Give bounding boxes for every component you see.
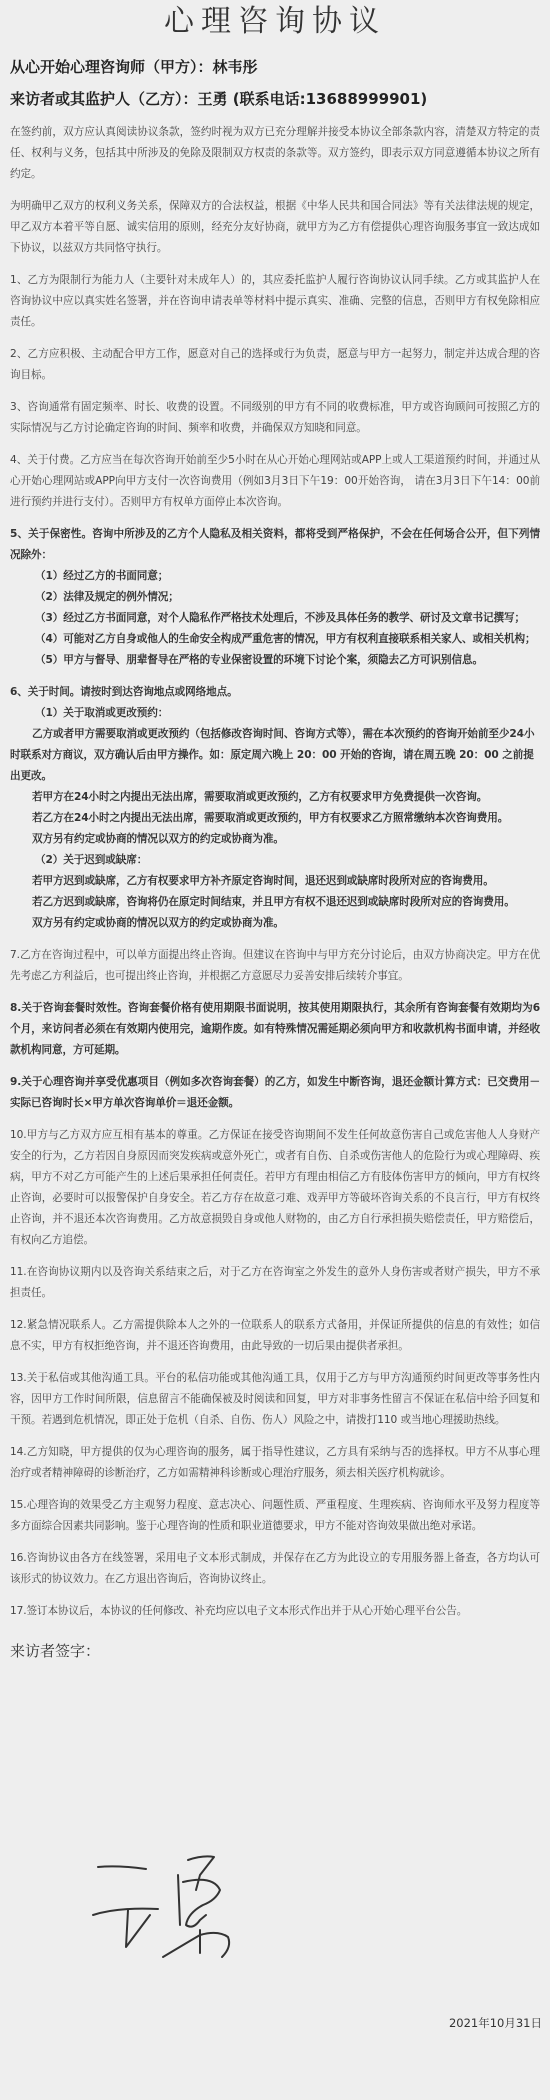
clause-6-sub1-p2: 若甲方在24小时之内提出无法出席，需要取消或更改预约，乙方有权要求甲方免费提供一… (10, 787, 540, 808)
clause-5-item-2: （2）法律及规定的例外情况； (10, 587, 540, 608)
clause-12: 12.紧急情况联系人。乙方需提供除本人之外的一位联系人的联系方式备用，并保证所提… (10, 1315, 540, 1357)
intro-paragraph-2: 为明确甲乙双方的权利义务关系，保障双方的合法权益，根据《中华人民共和国合同法》等… (10, 196, 540, 259)
clause-6-sub2-title: （2）关于迟到或缺席： (10, 850, 540, 871)
clause-6-sub1-p3: 若乙方在24小时之内提出无法出席，需要取消或更改预约，甲方有权要求乙方照常缴纳本… (10, 808, 540, 829)
clause-8: 8.关于咨询套餐时效性。咨询套餐价格有使用期限书面说明，按其使用期限执行，其余所… (10, 998, 540, 1061)
clause-5-item-5: （5）甲方与督导、朋辈督导在严格的专业保密设置的环境下讨论个案，须隐去乙方可识别… (10, 650, 540, 671)
clause-5-item-4: （4）可能对乙方自身或他人的生命安全构成严重危害的情况，甲方有权利直接联系相关家… (10, 629, 540, 650)
clause-9: 9.关于心理咨询并享受优惠项目（例如多次咨询套餐）的乙方，如发生中断咨询，退还金… (10, 1072, 540, 1114)
clause-3: 3、咨询通常有固定频率、时长、收费的设置。不同级别的甲方有不同的收费标准，甲方或… (10, 397, 540, 439)
clause-5-item-1: （1）经过乙方的书面同意； (10, 566, 540, 587)
party-a: 从心开始心理咨询师（甲方）：林韦彤 (10, 57, 540, 77)
signature-label: 来访者签字： (10, 1640, 540, 1662)
clause-11: 11.在咨询协议期内以及咨询关系结束之后，对于乙方在咨询室之外发生的意外人身伤害… (10, 1262, 540, 1304)
party-b: 来访者或其监护人（乙方）：王勇 (联系电话:13688999901) (10, 89, 540, 109)
agreement-page: 心理咨询协议 从心开始心理咨询师（甲方）：林韦彤 来访者或其监护人（乙方）：王勇… (0, 0, 550, 2100)
clause-6-sub1-p1: 乙方或者甲方需要取消或更改预约（包括修改咨询时间、咨询方式等），需在本次预约的咨… (10, 724, 540, 787)
clause-6-sub2-p1: 若甲方迟到或缺席，乙方有权要求甲方补齐原定咨询时间，退还迟到或缺席时段所对应的咨… (10, 871, 540, 892)
clause-6-sub2-p3: 双方另有约定或协商的情况以双方的约定或协商为准。 (10, 913, 540, 934)
clause-6-sub1-p4: 双方另有约定或协商的情况以双方的约定或协商为准。 (10, 829, 540, 850)
clause-6-sub1-title: （1）关于取消或更改预约： (10, 703, 540, 724)
clause-6-intro: 6、关于时间。请按时到达咨询地点或网络地点。 (10, 682, 540, 703)
clause-1: 1、乙方为限制行为能力人（主要针对未成年人）的，其应委托监护人履行咨询协议认同手… (10, 270, 540, 333)
clause-7: 7.乙方在咨询过程中，可以单方面提出终止咨询。但建议在咨询中与甲方充分讨论后，由… (10, 945, 540, 987)
clause-5-item-3: （3）经过乙方书面同意，对个人隐私作严格技术处理后，不涉及具体任务的教学、研讨及… (10, 608, 540, 629)
clause-6: 6、关于时间。请按时到达咨询地点或网络地点。 （1）关于取消或更改预约： 乙方或… (10, 682, 540, 934)
clause-10: 10.甲方与乙方双方应互相有基本的尊重。乙方保证在接受咨询期间不发生任何故意伤害… (10, 1125, 540, 1251)
signing-date: 2021年10月31日 (449, 2015, 542, 2031)
intro-paragraph-1: 在签约前，双方应认真阅读协议条款，签约时视为双方已充分理解并接受本协议全部条款内… (10, 122, 540, 185)
clause-15: 15.心理咨询的效果受乙方主观努力程度、意志决心、问题性质、严重程度、生理疾病、… (10, 1495, 540, 1537)
clause-6-sub2-p2: 若乙方迟到或缺席，咨询将仍在原定时间结束，并且甲方有权不退还迟到或缺席时段所对应… (10, 892, 540, 913)
clause-14: 14.乙方知晓，甲方提供的仅为心理咨询的服务，属于指导性建议，乙方具有采纳与否的… (10, 1442, 540, 1484)
handwritten-signature-icon (88, 1835, 248, 1965)
document-title: 心理咨询协议 (10, 0, 540, 48)
clause-5-intro: 5、关于保密性。咨询中所涉及的乙方个人隐私及相关资料，都将受到严格保护，不会在任… (10, 524, 540, 566)
clause-17: 17.签订本协议后，本协议的任何修改、补充均应以电子文本形式作出并于从心开始心理… (10, 1601, 540, 1622)
clause-2: 2、乙方应积极、主动配合甲方工作，愿意对自己的选择或行为负责，愿意与甲方一起努力… (10, 344, 540, 386)
clause-13: 13.关于私信或其他沟通工具。平台的私信功能或其他沟通工具，仅用于乙方与甲方沟通… (10, 1368, 540, 1431)
clause-16: 16.咨询协议由各方在线签署，采用电子文本形式制成，并保存在乙方为此设立的专用服… (10, 1548, 540, 1590)
clause-5: 5、关于保密性。咨询中所涉及的乙方个人隐私及相关资料，都将受到严格保护，不会在任… (10, 524, 540, 671)
clause-4: 4、关于付费。乙方应当在每次咨询开始前至少5小时在从心开始心理网站或APP上或人… (10, 450, 540, 513)
